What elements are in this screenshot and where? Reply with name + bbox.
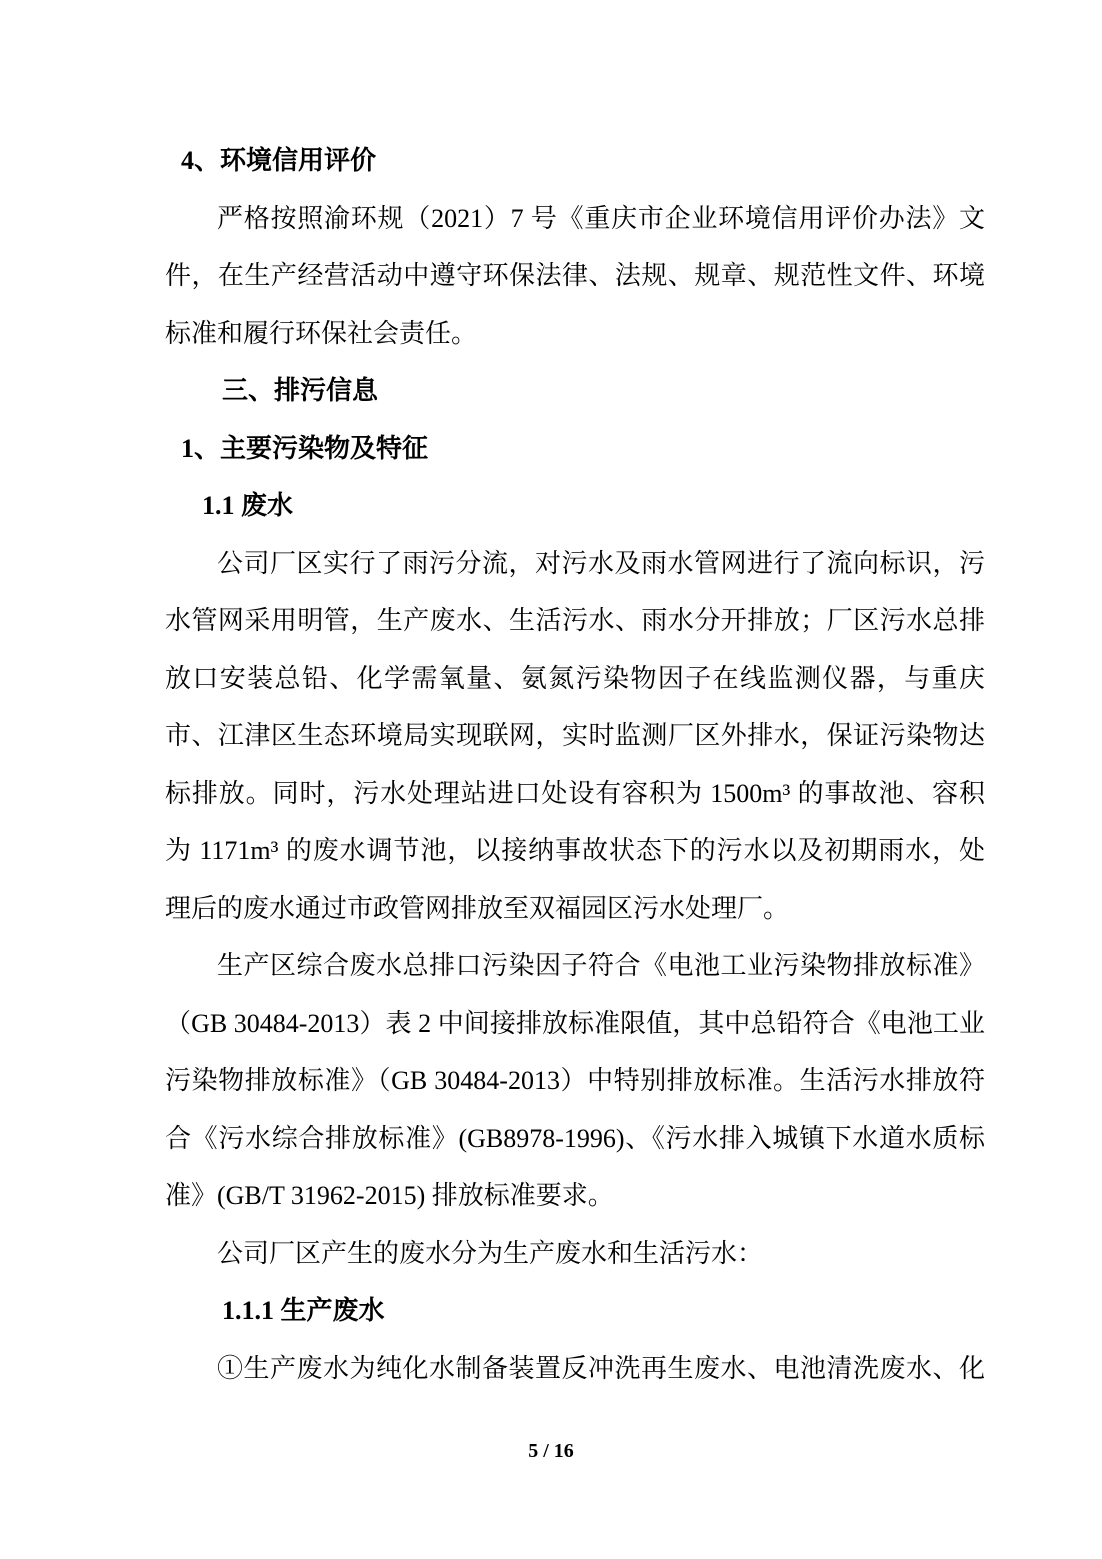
document-body: 4、环境信用评价 严格按照渝环规（2021）7 号《重庆市企业环境信用评价办法》… — [165, 132, 985, 1397]
heading-discharge-information: 三、排污信息 — [222, 362, 985, 420]
heading-production-wastewater: 1.1.1 生产废水 — [222, 1282, 985, 1340]
paragraph-wastewater-categories: 公司厂区产生的废水分为生产废水和生活污水： — [165, 1225, 985, 1283]
paragraph-discharge-standards: 生产区综合废水总排口污染因子符合《电池工业污染物排放标准》（GB 30484-2… — [165, 937, 985, 1225]
paragraph-credit-compliance: 严格按照渝环规（2021）7 号《重庆市企业环境信用评价办法》文件，在生产经营活… — [165, 190, 985, 363]
heading-environmental-credit-evaluation: 4、环境信用评价 — [181, 132, 985, 190]
document-page: 4、环境信用评价 严格按照渝环规（2021）7 号《重庆市企业环境信用评价办法》… — [0, 0, 1102, 1559]
heading-wastewater: 1.1 废水 — [202, 477, 985, 535]
paragraph-wastewater-management-overview: 公司厂区实行了雨污分流，对污水及雨水管网进行了流向标识，污水管网采用明管，生产废… — [165, 535, 985, 938]
page-number: 5 / 16 — [0, 1437, 1102, 1465]
heading-main-pollutants-characteristics: 1、主要污染物及特征 — [181, 420, 985, 478]
paragraph-production-wastewater-sources: ①生产废水为纯化水制备装置反冲洗再生废水、电池清洗废水、化 — [165, 1340, 985, 1398]
